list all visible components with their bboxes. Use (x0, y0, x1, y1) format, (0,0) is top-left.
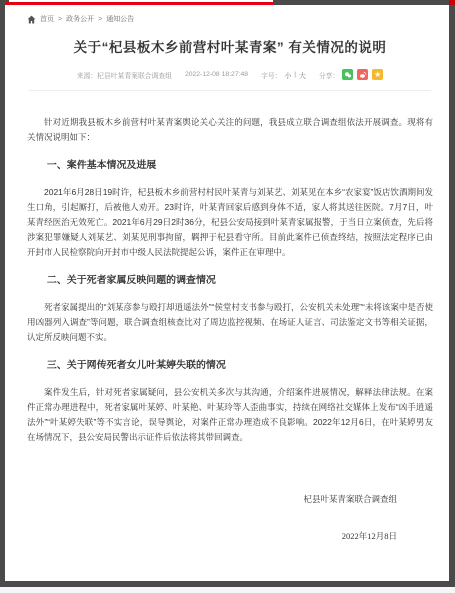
section-2-paragraph: 死者家属提出的“刘某彦参与殴打却逍遥法外”“侯堂村支书参与殴打，公安机关未处理”… (27, 300, 433, 345)
home-icon[interactable] (27, 15, 36, 24)
fontsize-separator: | (294, 71, 296, 78)
share-icons: ★ (342, 69, 383, 80)
fontsize-large-button[interactable]: 大 (299, 70, 306, 80)
header-divider (29, 90, 431, 91)
page-title: 关于“杞县板木乡前营村叶某青案” 有关情况的说明 (27, 36, 433, 56)
publish-datetime: 2022-12-08 18:27:48 (185, 71, 248, 78)
frame-right-edge (449, 0, 455, 587)
fontsize-control: 字号：小|大 (261, 70, 306, 80)
breadcrumb-separator: > (98, 16, 102, 23)
breadcrumb-govinfo[interactable]: 政务公开 (66, 14, 94, 24)
signature: 杞县叶某青案联合调查组 (27, 493, 433, 505)
source-label: 来源：杞县叶某青案联合调查组 (77, 70, 172, 80)
article-body: 针对近期我县板木乡前营村叶某青案舆论关心关注的问题，我县成立联合调查组依法开展调… (27, 115, 433, 445)
favorite-star-icon[interactable]: ★ (372, 69, 383, 80)
section-1-heading: 一、案件基本情况及进展 (27, 158, 433, 173)
fontsize-label: 字号： (261, 70, 281, 80)
breadcrumb-notices[interactable]: 通知公告 (106, 14, 134, 24)
frame-bottom-strip (0, 587, 455, 593)
section-1-paragraph: 2021年6月28日19时许，杞县板木乡前营村村民叶某青与刘某艺、刘某见在本乡“… (27, 185, 433, 260)
section-3-paragraph: 案件发生后，针对死者家属疑问，县公安机关多次与其沟通，介绍案件进展情况，解释法律… (27, 385, 433, 445)
section-3-heading: 三、关于网传死者女儿叶某婷失联的情况 (27, 358, 433, 373)
wechat-icon[interactable] (342, 69, 353, 80)
breadcrumb-home[interactable]: 首页 (40, 14, 54, 24)
share-label: 分享： (319, 70, 339, 80)
fontsize-small-button[interactable]: 小 (284, 70, 291, 80)
section-2-heading: 二、关于死者家属反映问题的调查情况 (27, 273, 433, 288)
breadcrumb: 首页 > 政务公开 > 通知公告 (27, 14, 433, 24)
share-group: 分享： ★ (319, 69, 383, 80)
weibo-icon[interactable] (357, 69, 368, 80)
breadcrumb-separator: > (58, 16, 62, 23)
article-meta: 来源：杞县叶某青案联合调查组 2022-12-08 18:27:48 字号：小|… (27, 69, 433, 80)
signature-date: 2022年12月8日 (27, 530, 433, 542)
document-page: 首页 > 政务公开 > 通知公告 关于“杞县板木乡前营村叶某青案” 有关情况的说… (5, 5, 449, 581)
frame-top-right-red (449, 0, 455, 5)
article-intro-paragraph: 针对近期我县板木乡前营村叶某青案舆论关心关注的问题，我县成立联合调查组依法开展调… (27, 115, 433, 145)
